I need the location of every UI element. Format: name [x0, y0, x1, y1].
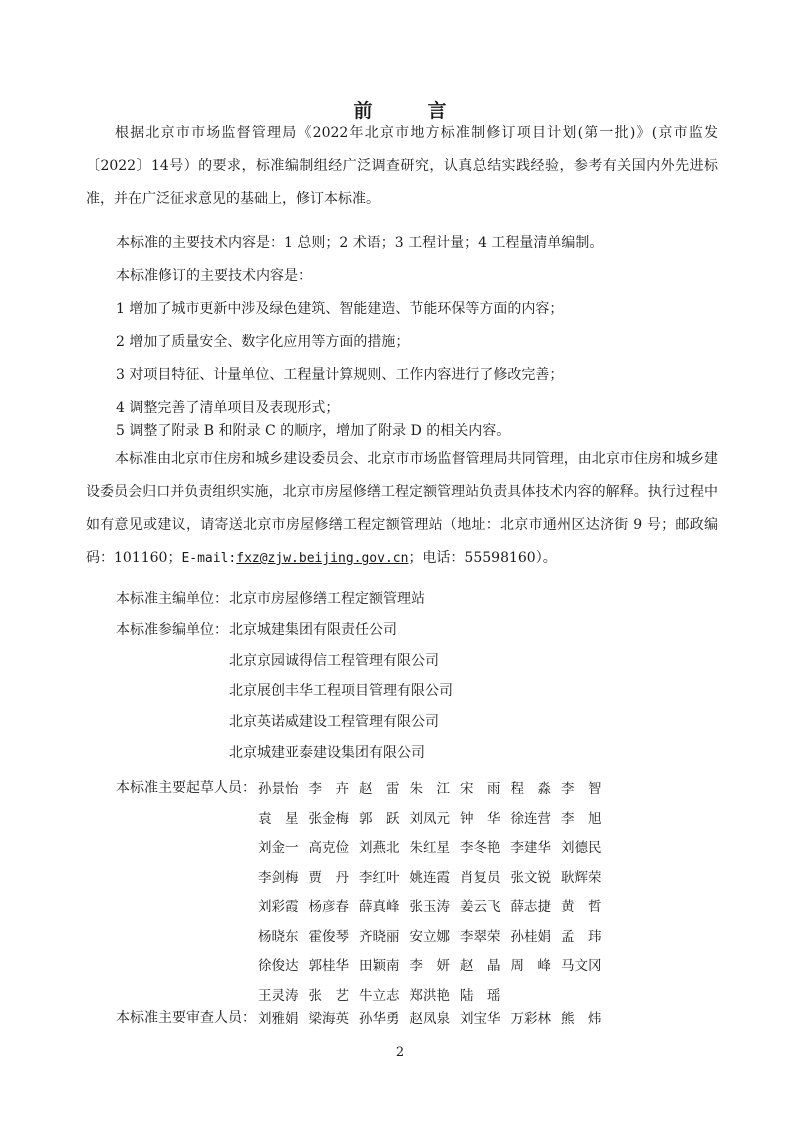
- person-name: 张文锐: [511, 866, 551, 886]
- person-name: 徐俊达: [258, 954, 298, 974]
- revision-item-1: 1 增加了城市更新中涉及绿色建筑、智能建造、节能环保等方面的内容；: [116, 299, 563, 319]
- person-name: 田颖南: [359, 954, 399, 974]
- revision-header: 本标准修订的主要技术内容是：: [116, 266, 312, 286]
- person-name: 刘雅娟: [258, 1007, 298, 1027]
- management-text: 本标准由北京市住房和城乡建设委员会、北京市市场监督管理局共同管理，由北京市住房和…: [86, 451, 718, 566]
- person-name: 朱 江: [410, 777, 450, 797]
- person-name: 李 智: [561, 777, 601, 797]
- person-name: 郭桂华: [309, 954, 349, 974]
- person-name: 张玉涛: [410, 895, 450, 915]
- person-name: 陆 瑶: [460, 984, 500, 1004]
- person-name: 刘凤元: [410, 807, 450, 827]
- person-name: 孙景怡: [258, 777, 298, 797]
- management-paragraph: 本标准由北京市住房和城乡建设委员会、北京市市场监督管理局共同管理，由北京市住房和…: [86, 443, 718, 575]
- person-name: 齐晓丽: [359, 925, 399, 945]
- revision-item-2: 2 增加了质量安全、数字化应用等方面的措施；: [116, 332, 409, 352]
- person-name: 李剑梅: [258, 866, 298, 886]
- person-name: 刘彩霞: [258, 895, 298, 915]
- person-name: 孙桂娟: [511, 925, 551, 945]
- person-name: 周 峰: [511, 954, 551, 974]
- revision-item-4: 4 调整完善了清单项目及表现形式；: [116, 398, 339, 418]
- person-name: 高克俭: [309, 836, 349, 856]
- person-name: 杨彦春: [309, 895, 349, 915]
- person-name: 李红叶: [359, 866, 399, 886]
- person-name: 李 旭: [561, 807, 601, 827]
- person-name: 耿辉荣: [561, 866, 601, 886]
- person-name: 熊 炜: [561, 1007, 601, 1027]
- person-name: 宋 雨: [460, 777, 500, 797]
- participant-org: 北京英诺威建设工程管理有限公司: [229, 711, 439, 731]
- chief-editor-org: 北京市房屋修缮工程定额管理站: [229, 588, 425, 608]
- page-number: 2: [0, 1045, 800, 1060]
- person-name: 李 妍: [410, 954, 450, 974]
- intro-paragraph: 根据北京市市场监督管理局《2022年北京市地方标准制修订项目计划(第一批)》(京…: [86, 117, 718, 216]
- person-name: 刘金一: [258, 836, 298, 856]
- person-name: 霍俊琴: [309, 925, 349, 945]
- phone-text: ；电话：55598160）。: [408, 550, 556, 566]
- person-name: 梁海英: [309, 1007, 349, 1027]
- reviewers-label: 本标准主要审查人员：: [116, 1007, 256, 1027]
- revision-item-3: 3 对项目特征、计量单位、工程量计算规则、工作内容进行了修改完善；: [116, 365, 563, 385]
- person-name: 黄 哲: [561, 895, 601, 915]
- person-name: 刘宝华: [460, 1007, 500, 1027]
- participants-label: 本标准参编单位：: [116, 619, 228, 639]
- person-name: 刘德民: [561, 836, 601, 856]
- person-name: 姜云飞: [460, 895, 500, 915]
- person-name: 万彩林: [511, 1007, 551, 1027]
- main-content-paragraph: 本标准的主要技术内容是：1 总则；2 术语；3 工程计量；4 工程量清单编制。: [116, 233, 603, 253]
- person-name: 李冬艳: [460, 836, 500, 856]
- person-name: 徐连营: [511, 807, 551, 827]
- person-name: 王灵涛: [258, 984, 298, 1004]
- email-link[interactable]: fxz@zjw.beijing.gov.cn: [236, 551, 408, 566]
- person-name: 赵 晶: [460, 954, 500, 974]
- person-name: 刘燕北: [359, 836, 399, 856]
- person-name: 李建华: [511, 836, 551, 856]
- email-label: E-mail:: [181, 551, 236, 566]
- person-name: 张金梅: [309, 807, 349, 827]
- person-name: 程 淼: [511, 777, 551, 797]
- person-name: 牛立志: [359, 984, 399, 1004]
- participant-org: 北京城建集团有限责任公司: [229, 619, 397, 639]
- person-name: 姚连霞: [410, 866, 450, 886]
- participant-org: 北京城建亚泰建设集团有限公司: [229, 742, 425, 762]
- person-name: 杨晓东: [258, 925, 298, 945]
- chief-editor-label: 本标准主编单位：: [116, 588, 228, 608]
- person-name: 赵凤泉: [410, 1007, 450, 1027]
- person-name: 张 艺: [309, 984, 349, 1004]
- person-name: 朱红星: [410, 836, 450, 856]
- person-name: 薛志捷: [511, 895, 551, 915]
- person-name: 郭 跃: [359, 807, 399, 827]
- person-name: 钟 华: [460, 807, 500, 827]
- person-name: 李翠荣: [460, 925, 500, 945]
- person-name: 孙华勇: [359, 1007, 399, 1027]
- participant-org: 北京展创丰华工程项目管理有限公司: [229, 680, 453, 700]
- person-name: 孟 玮: [561, 925, 601, 945]
- person-name: 薛真峰: [359, 895, 399, 915]
- person-name: 贾 丹: [309, 866, 349, 886]
- revision-item-5: 5 调整了附录 B 和附录 C 的顺序，增加了附录 D 的相关内容。: [116, 421, 510, 441]
- person-name: 郑洪艳: [410, 984, 450, 1004]
- person-name: 赵 雷: [359, 777, 399, 797]
- person-name: 安立娜: [410, 925, 450, 945]
- participant-org: 北京京园诚得信工程管理有限公司: [229, 650, 439, 670]
- drafters-label: 本标准主要起草人员：: [116, 777, 256, 797]
- person-name: 马文冈: [561, 954, 601, 974]
- person-name: 袁 星: [258, 807, 298, 827]
- person-name: 李 卉: [309, 777, 349, 797]
- person-name: 肖复员: [460, 866, 500, 886]
